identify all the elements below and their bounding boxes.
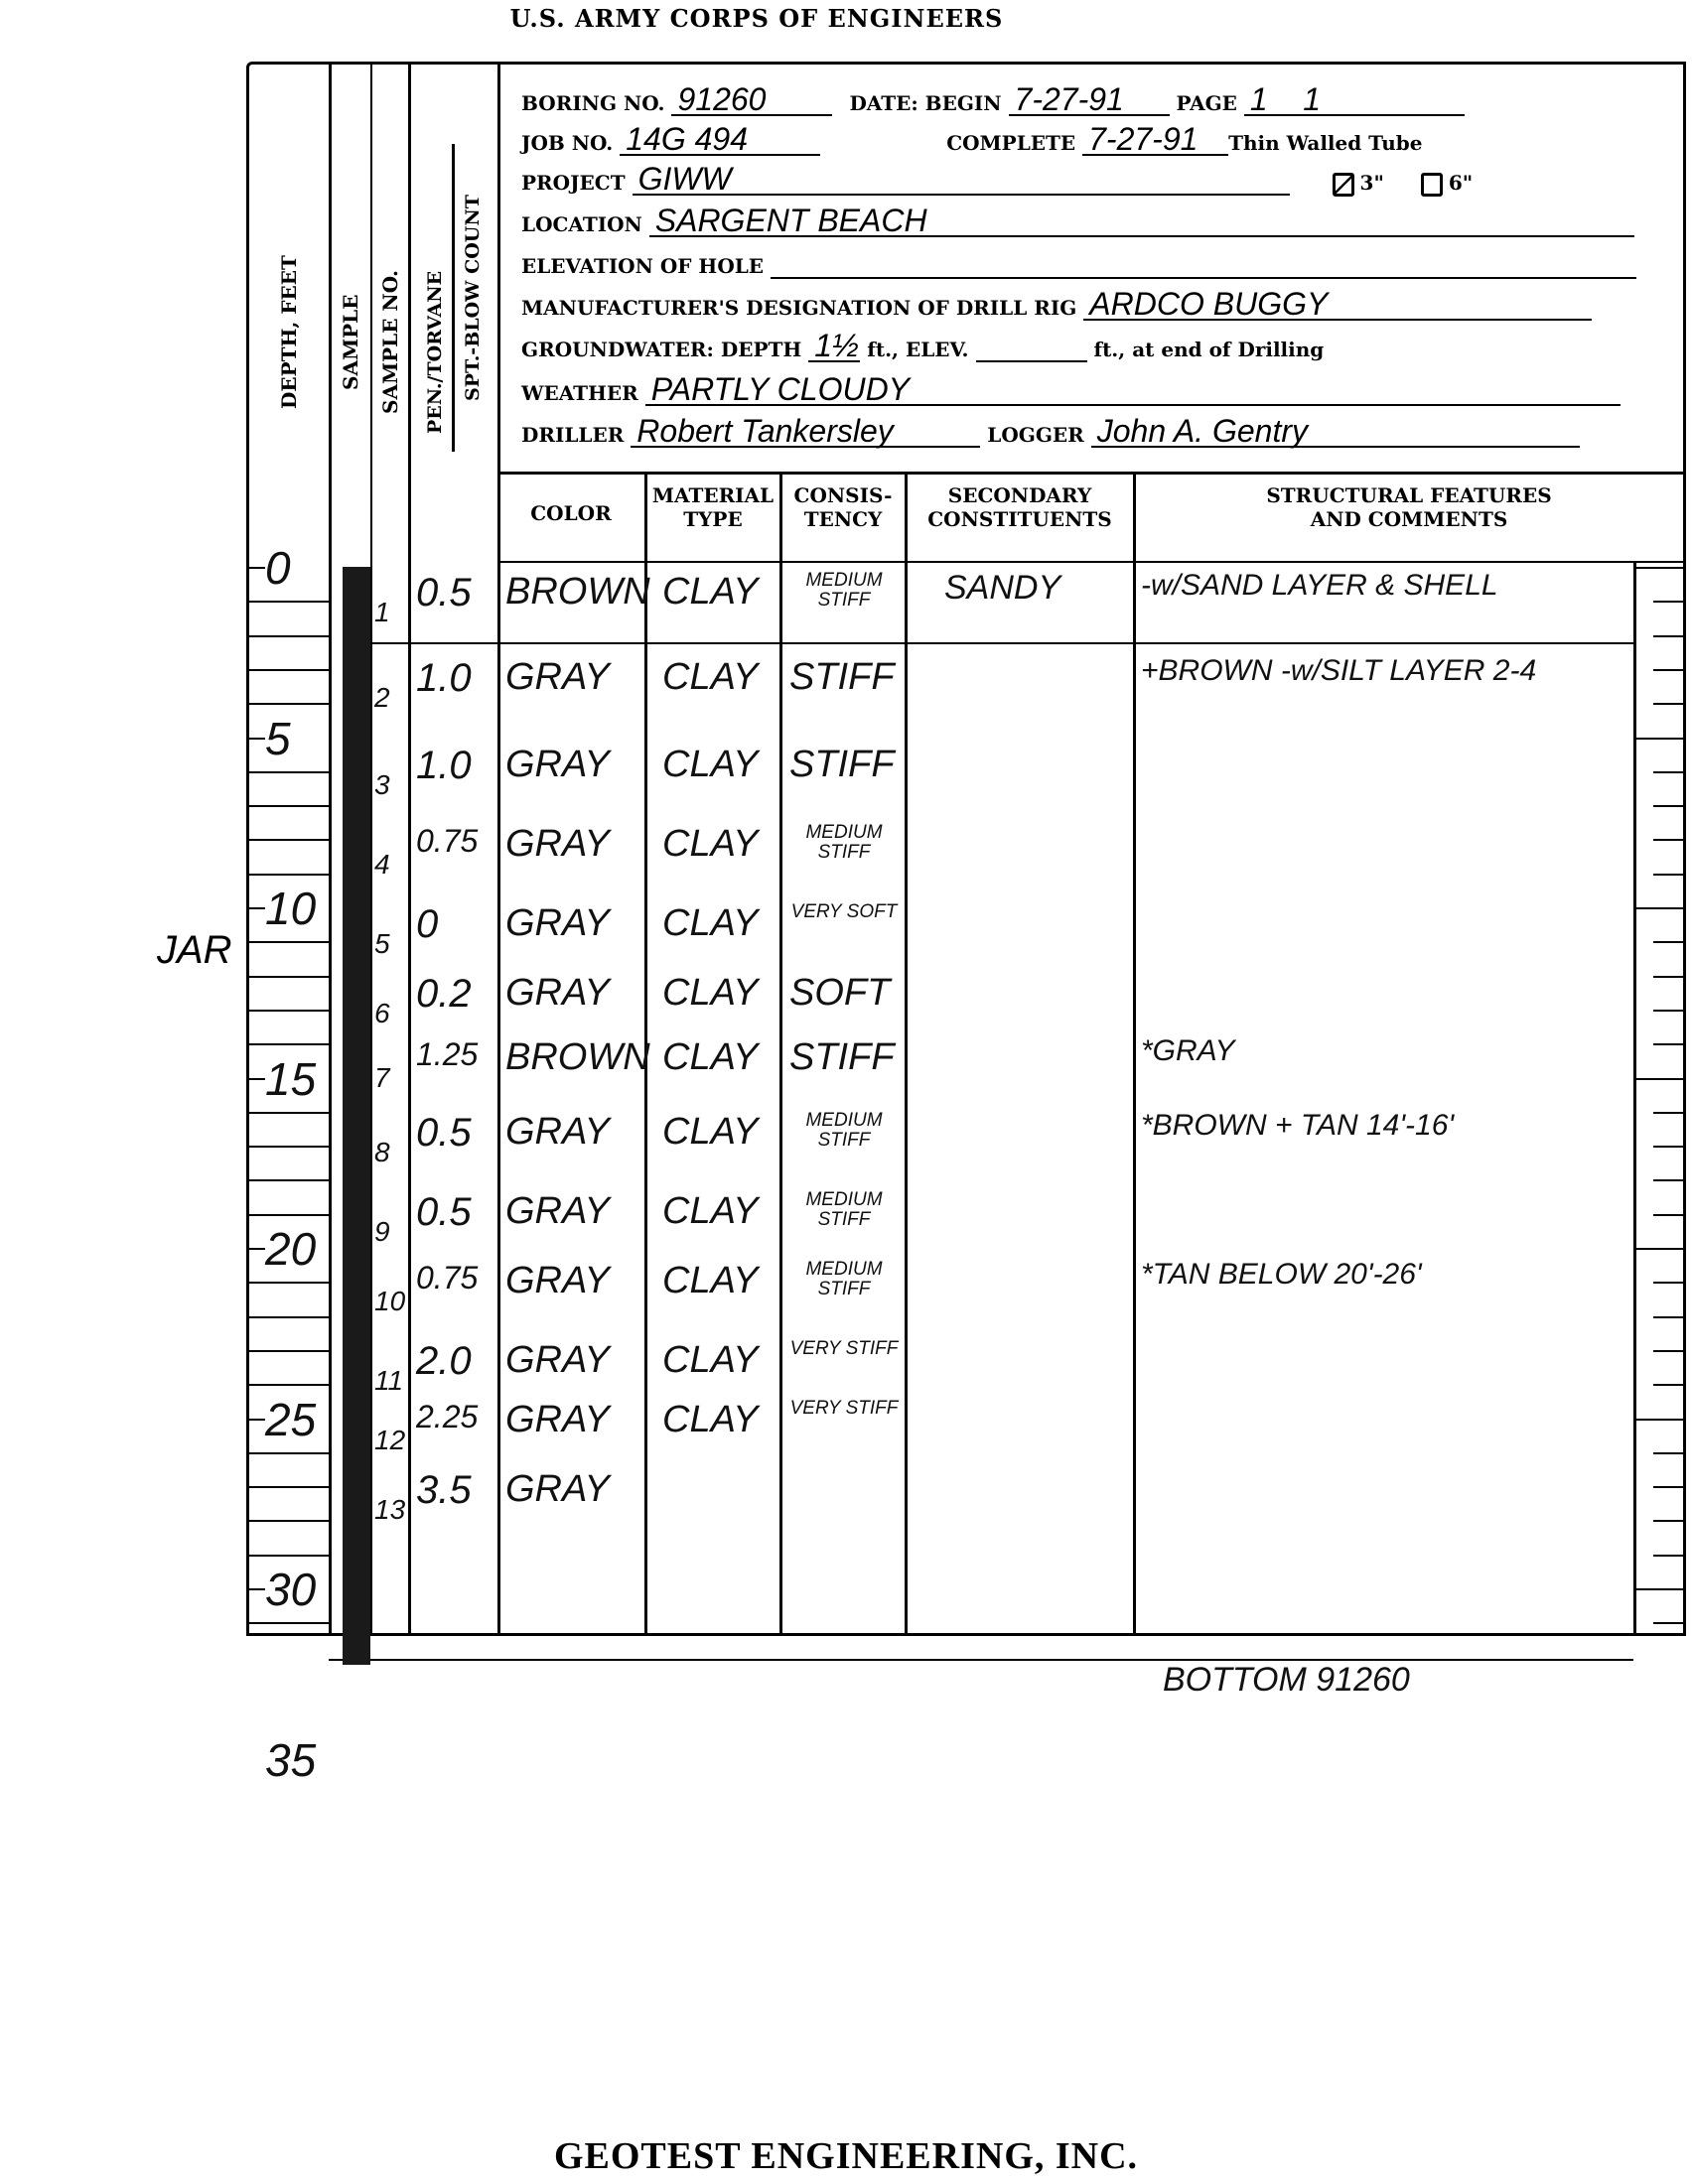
consistency-value: STIFF (789, 656, 895, 699)
color-value: GRAY (505, 902, 610, 945)
consistency-value: MEDIUM STIFF (789, 1260, 899, 1299)
consistency-value: MEDIUM STIFF (789, 823, 899, 863)
material-value: CLAY (662, 902, 758, 945)
pen-value: 0.5 (416, 1111, 472, 1156)
margin-note-jar: JAR (157, 928, 232, 973)
boring-log-form: DEPTH, FEET SAMPLE SAMPLE NO. PEN./TORVA… (246, 62, 1686, 1636)
consistency-value: MEDIUM STIFF (789, 1190, 899, 1230)
agency-title: U.S. ARMY CORPS OF ENGINEERS (0, 4, 1692, 33)
sample-number: 7 (374, 1062, 390, 1094)
color-value: GRAY (505, 656, 610, 699)
pen-value: 1.25 (416, 1036, 478, 1073)
sample-number: 8 (374, 1137, 390, 1168)
color-value: GRAY (505, 1339, 610, 1382)
consistency-value: SOFT (789, 972, 890, 1015)
consistency-value: VERY SOFT (789, 902, 899, 922)
sample-number: 2 (374, 682, 390, 714)
bottom-note: BOTTOM 91260 (1163, 1661, 1410, 1700)
material-value: CLAY (662, 1339, 758, 1382)
color-value: GRAY (505, 1111, 610, 1154)
pen-value: 2.25 (416, 1399, 478, 1435)
consistency-value: MEDIUM STIFF (789, 571, 899, 611)
bottom-of-log-line (329, 1659, 1633, 1661)
comment-value: -w/SAND LAYER & SHELL (1141, 569, 1498, 603)
pen-value: 0.5 (416, 571, 472, 615)
sample-number: 6 (374, 998, 390, 1029)
color-value: GRAY (505, 1260, 610, 1302)
material-value: CLAY (662, 1111, 758, 1154)
pen-value: 0.2 (416, 972, 472, 1017)
sample-number: 5 (374, 928, 390, 960)
comment-value: *TAN BELOW 20'-26' (1141, 1258, 1422, 1292)
sample-number: 4 (374, 849, 390, 881)
sample-number: 10 (374, 1286, 405, 1317)
comment-value: *BROWN + TAN 14'-16' (1141, 1109, 1454, 1143)
sample-number: 3 (374, 769, 390, 801)
comment-value: *GRAY (1141, 1034, 1234, 1068)
consistency-value: VERY STIFF (789, 1399, 899, 1419)
material-value: CLAY (662, 744, 758, 786)
pen-value: 0.75 (416, 1260, 478, 1297)
color-value: GRAY (505, 972, 610, 1015)
sample-number: 9 (374, 1216, 390, 1248)
company-footer: GEOTEST ENGINEERING, INC. (0, 2134, 1692, 2178)
consistency-value: MEDIUM STIFF (789, 1111, 899, 1151)
depth-label: 35 (265, 1733, 316, 1787)
color-value: BROWN (505, 571, 650, 614)
pen-value: 0 (416, 902, 438, 947)
pen-value: 1.0 (416, 656, 472, 701)
material-value: CLAY (662, 823, 758, 866)
comment-value: +BROWN -w/SILT LAYER 2-4 (1141, 654, 1536, 688)
color-value: GRAY (505, 823, 610, 866)
pen-value: 0.5 (416, 1190, 472, 1235)
consistency-value: STIFF (789, 1036, 895, 1079)
pen-value: 2.0 (416, 1339, 472, 1384)
consistency-value: VERY STIFF (789, 1339, 899, 1359)
sample-rows: 10.5BROWNCLAYMEDIUM STIFFSANDY-w/SAND LA… (249, 65, 1683, 1633)
secondary-value: SANDY (944, 569, 1060, 608)
color-value: GRAY (505, 1399, 610, 1441)
color-value: GRAY (505, 744, 610, 786)
sample-number: 1 (374, 597, 390, 628)
material-value: CLAY (662, 1399, 758, 1441)
material-value: CLAY (662, 972, 758, 1015)
color-value: BROWN (505, 1036, 650, 1079)
material-value: CLAY (662, 656, 758, 699)
pen-value: 1.0 (416, 744, 472, 788)
material-value: CLAY (662, 1036, 758, 1079)
color-value: GRAY (505, 1468, 610, 1511)
sample-number: 12 (374, 1425, 405, 1456)
color-value: GRAY (505, 1190, 610, 1233)
consistency-value: STIFF (789, 744, 895, 786)
sample-number: 11 (374, 1365, 403, 1397)
pen-value: 0.75 (416, 823, 478, 860)
material-value: CLAY (662, 571, 758, 614)
material-value: CLAY (662, 1190, 758, 1233)
pen-value: 3.5 (416, 1468, 472, 1513)
material-value: CLAY (662, 1260, 758, 1302)
sample-number: 13 (374, 1494, 405, 1526)
